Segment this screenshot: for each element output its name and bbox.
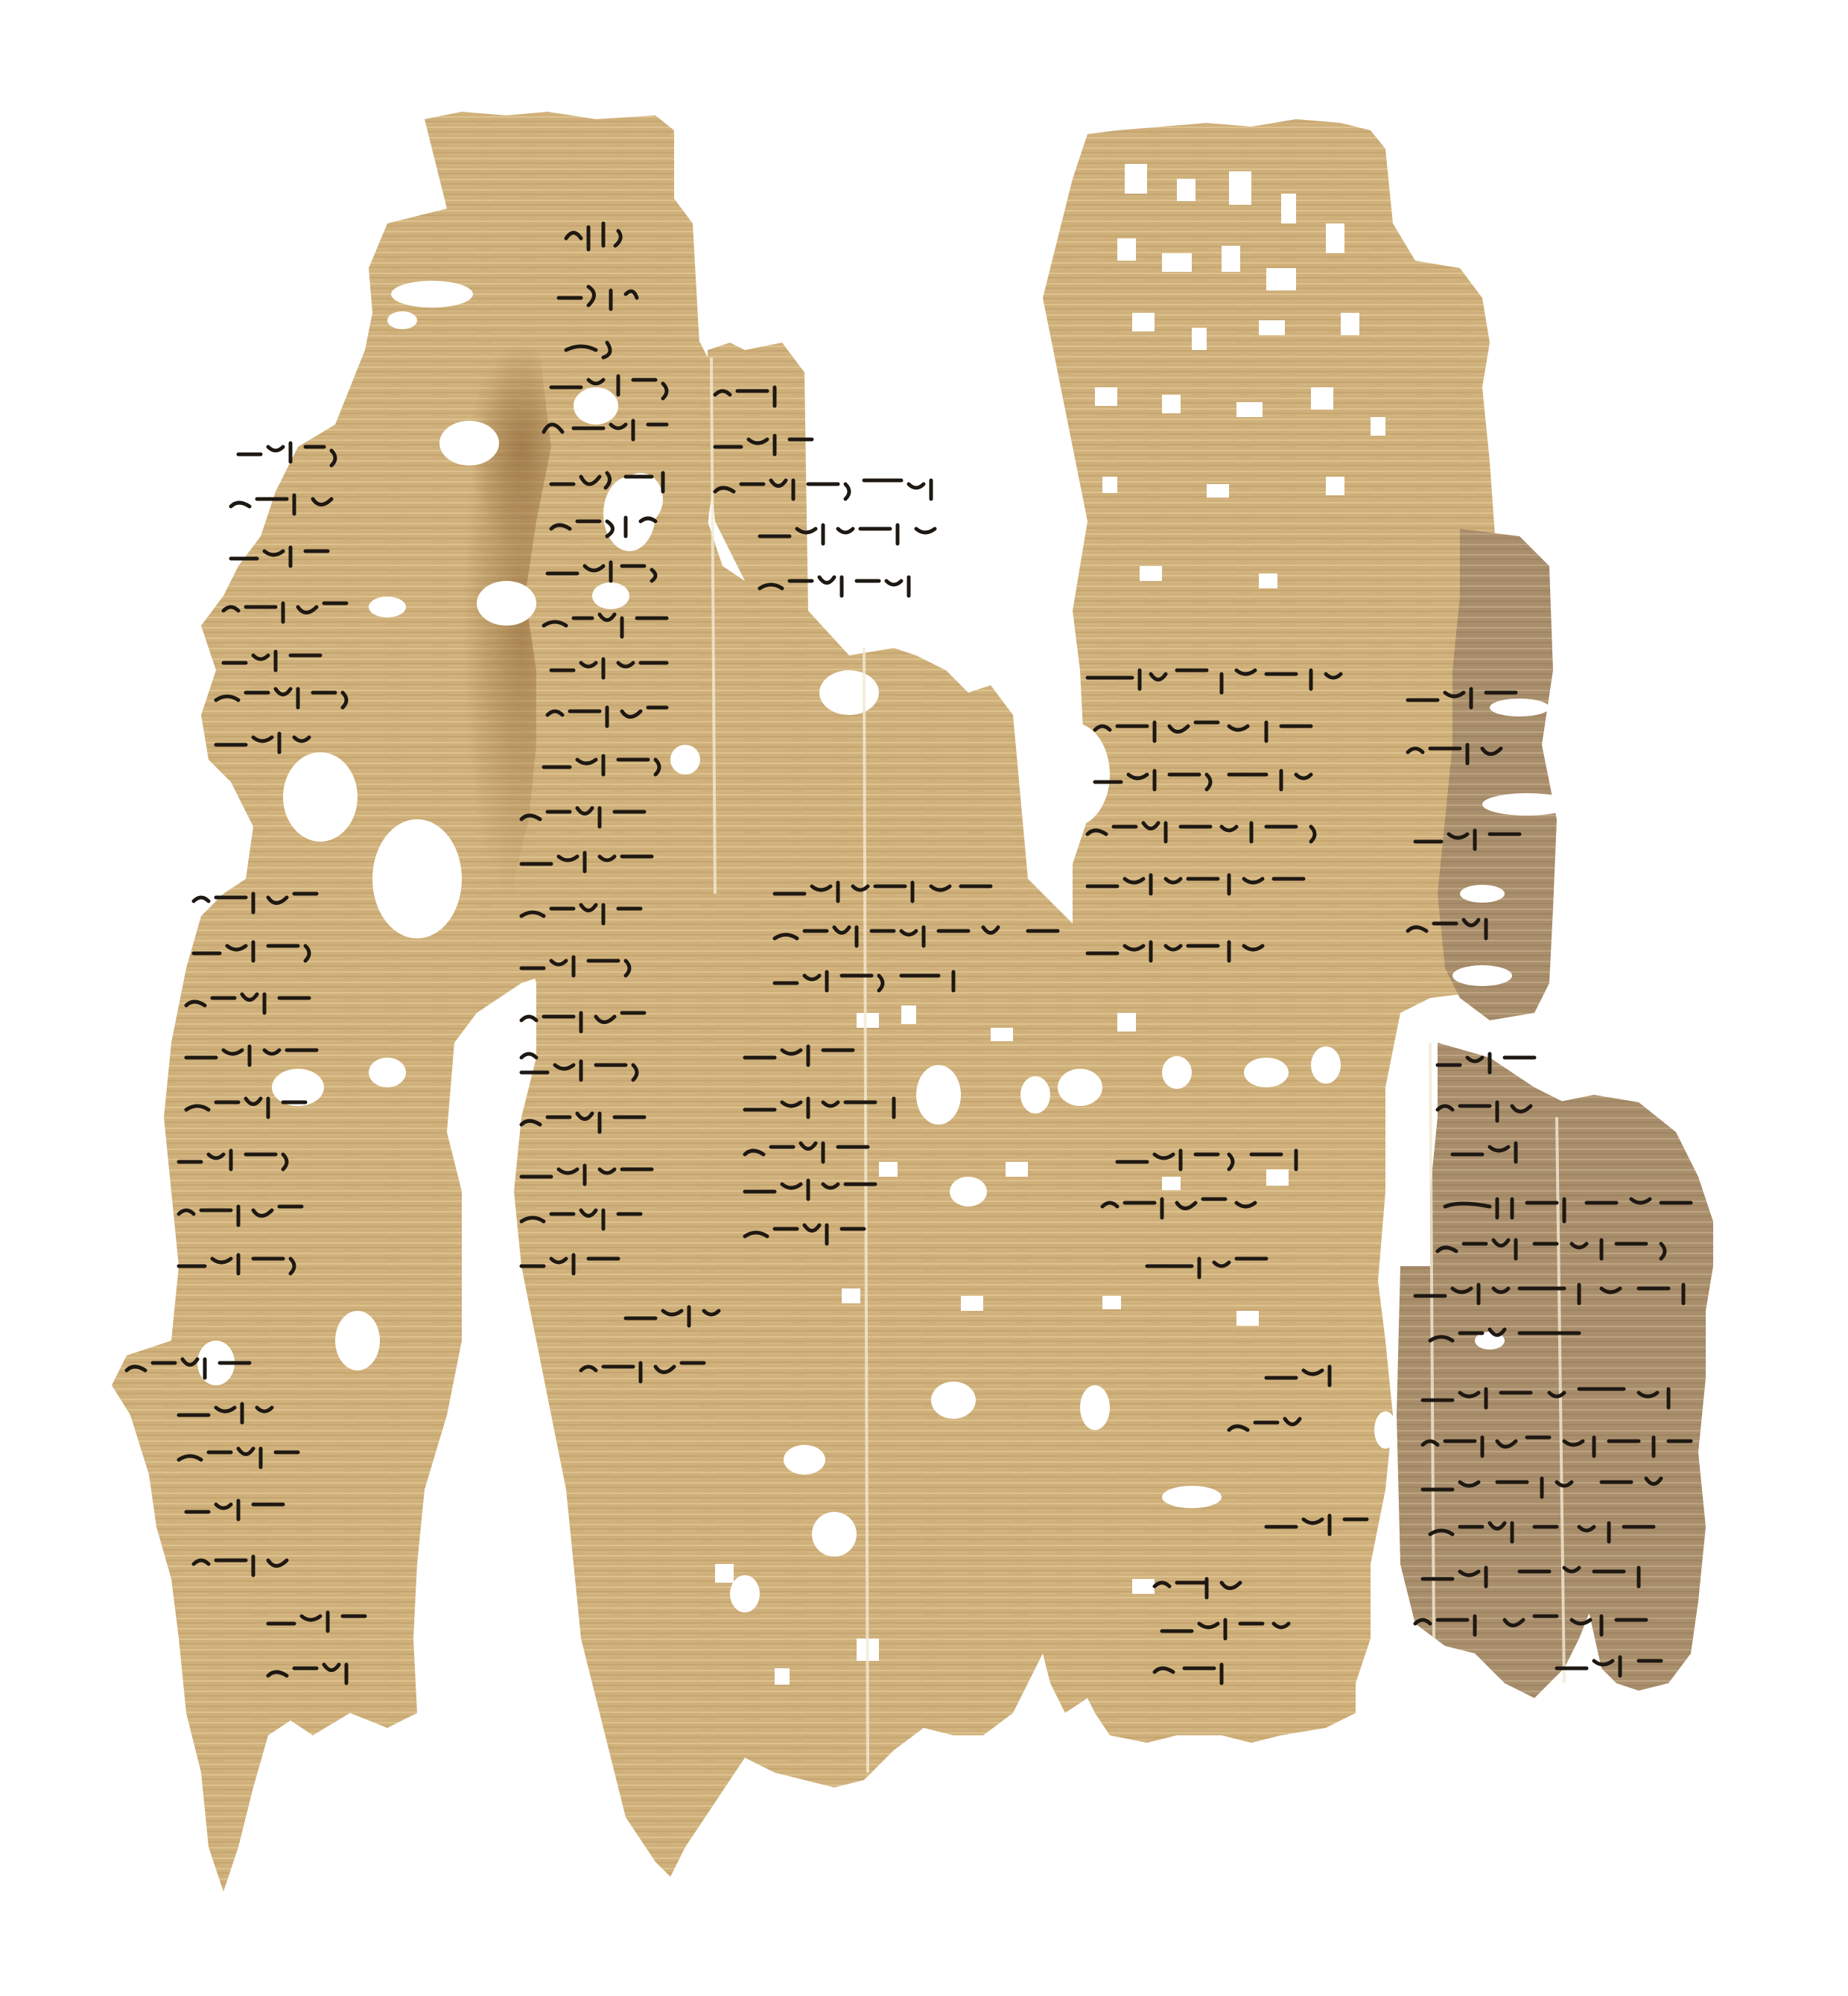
papyrus-image bbox=[0, 0, 1848, 1996]
papyrus-artwork bbox=[0, 0, 1848, 1996]
